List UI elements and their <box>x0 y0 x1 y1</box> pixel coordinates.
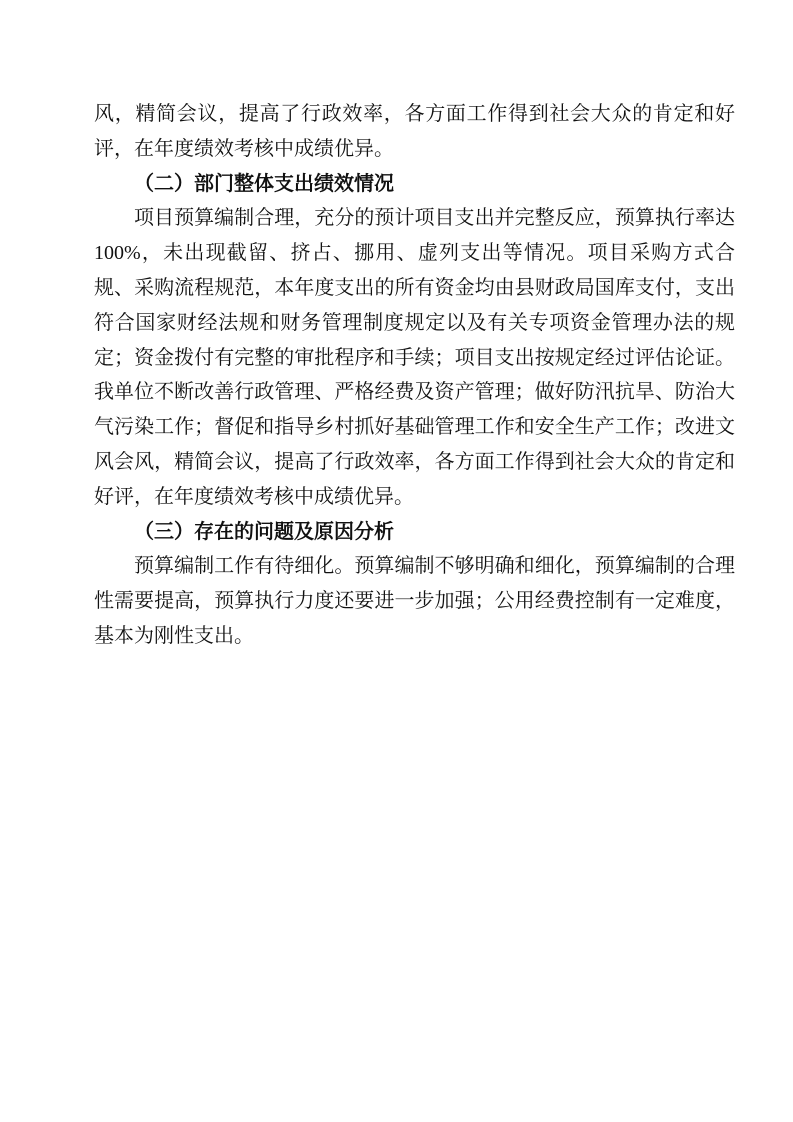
document-text-block: 风，精简会议，提高了行政效率，各方面工作得到社会大众的肯定和好评，在年度绩效考核… <box>94 97 735 654</box>
document-page: 风，精简会议，提高了行政效率，各方面工作得到社会大众的肯定和好评，在年度绩效考核… <box>0 0 793 1122</box>
paragraph-continuation: 风，精简会议，提高了行政效率，各方面工作得到社会大众的肯定和好评，在年度绩效考核… <box>94 97 735 167</box>
paragraph-section-3-body: 预算编制工作有待细化。预算编制不够明确和细化，预算编制的合理性需要提高，预算执行… <box>94 549 735 653</box>
paragraph-section-2-body: 项目预算编制合理，充分的预计项目支出并完整反应，预算执行率达100%，未出现截留… <box>94 201 735 514</box>
section-heading-3: （三）存在的问题及原因分析 <box>94 515 735 550</box>
section-heading-2: （二）部门整体支出绩效情况 <box>94 167 735 202</box>
